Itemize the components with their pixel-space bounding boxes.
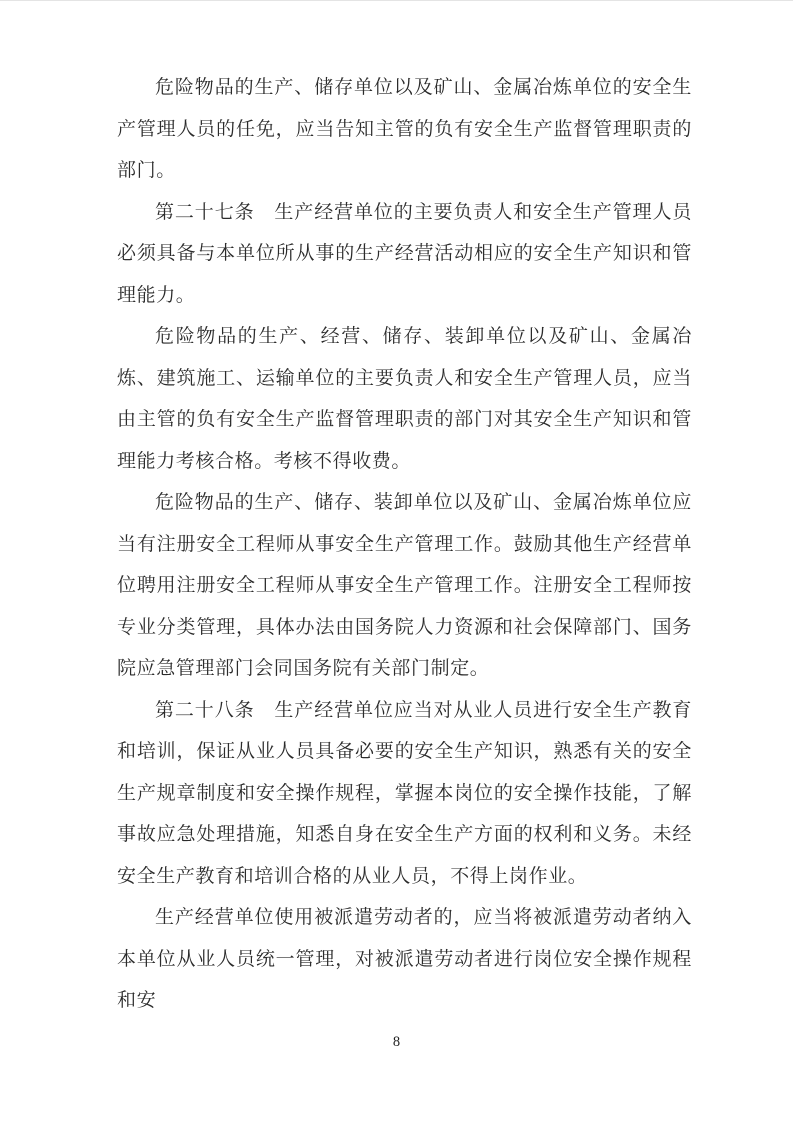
page-number: 8 bbox=[393, 1034, 400, 1051]
document-text: 危险物品的生产、储存单位以及矿山、金属冶炼单位的安全生产管理人员的任免，应当告知… bbox=[117, 67, 692, 1022]
paragraph-article-27: 第二十七条 生产经营单位的主要负责人和安全生产管理人员必须具备与本单位所从事的生… bbox=[117, 192, 692, 317]
paragraph-hazardous-materials-appointment: 危险物品的生产、储存单位以及矿山、金属冶炼单位的安全生产管理人员的任免，应当告知… bbox=[117, 67, 692, 192]
paragraph-dispatched-workers: 生产经营单位使用被派遣劳动者的，应当将被派遣劳动者纳入本单位从业人员统一管理，对… bbox=[117, 897, 692, 1022]
paragraph-assessment-requirement: 危险物品的生产、经营、储存、装卸单位以及矿山、金属冶炼、建筑施工、运输单位的主要… bbox=[117, 316, 692, 482]
document-page: 危险物品的生产、储存单位以及矿山、金属冶炼单位的安全生产管理人员的任免，应当告知… bbox=[0, 0, 793, 1122]
paragraph-registered-safety-engineers: 危险物品的生产、储存、装卸单位以及矿山、金属冶炼单位应当有注册安全工程师从事安全… bbox=[117, 482, 692, 690]
page-footer: 8 bbox=[0, 1033, 793, 1051]
paragraph-article-28: 第二十八条 生产经营单位应当对从业人员进行安全生产教育和培训，保证从业人员具备必… bbox=[117, 690, 692, 898]
